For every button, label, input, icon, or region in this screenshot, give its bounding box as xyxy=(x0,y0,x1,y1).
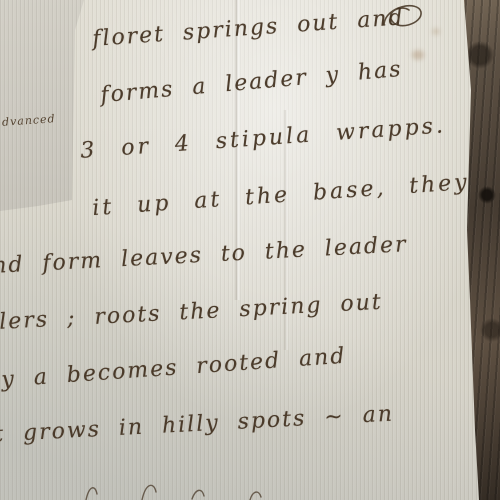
manuscript-photo: dvanced floret springs out and forms a l… xyxy=(0,0,500,500)
partial-line-strokes xyxy=(80,480,300,500)
